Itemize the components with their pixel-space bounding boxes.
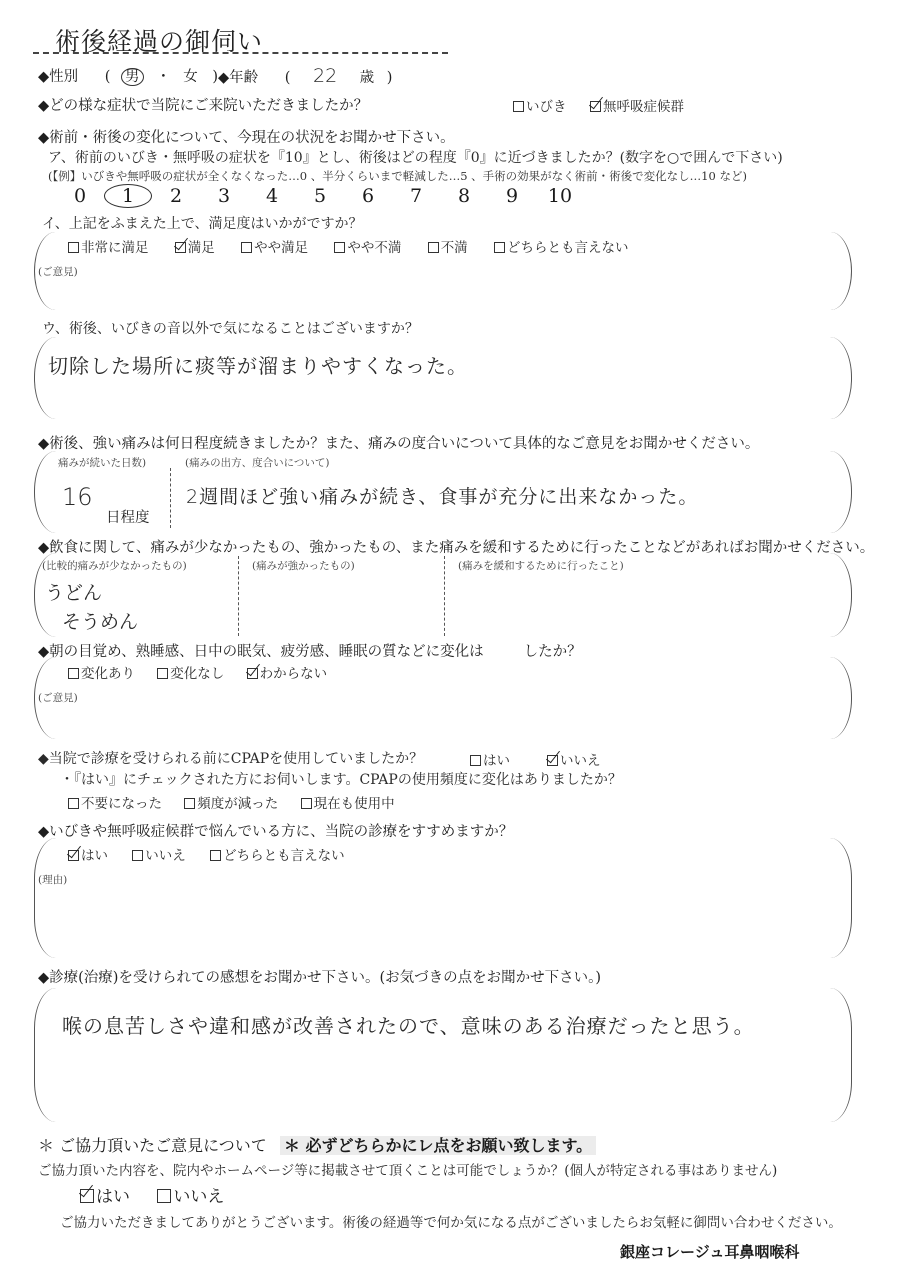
pain-detail-value[interactable]: 2週間ほど強い痛みが続き、食事が充分に出来なかった。: [186, 482, 698, 509]
change-a-question: ア、術前のいびき・無呼吸の症状を『10』とし、術後はどの程度『0』に近づきました…: [48, 147, 783, 167]
visit-reason-question: ◆どの様な症状で当院にご来院いただきましたか？: [38, 94, 368, 115]
cpap-followup-option-less-frequent[interactable]: 頻度が減った: [184, 796, 278, 812]
satisfaction-opinion-label: (ご意見): [38, 264, 78, 279]
scale-option-10[interactable]: 10: [536, 185, 584, 207]
satisfaction-option-very-satisfied[interactable]: 非常に満足: [68, 240, 149, 256]
pain-detail-label: (痛みの出方、度合いについて): [185, 455, 329, 470]
gender-option-female[interactable]: 女: [183, 69, 198, 85]
satisfaction-options: 非常に満足 満足 やや満足 やや不満 不満 どちらとも言えない: [68, 236, 628, 256]
impression-box: [34, 988, 852, 1122]
scale-option-6[interactable]: 6: [344, 185, 392, 207]
consent-heading-left: ＊ ご協力頂いたご意見について: [38, 1136, 267, 1155]
gender-row: ◆性別 ( 男 ・ 女 ): [38, 65, 218, 86]
food-less-pain-item-1[interactable]: うどん: [45, 578, 102, 605]
consent-heading: ＊ ご協力頂いたご意見について ＊ 必ずどちらかにレ点をお願い致します。: [38, 1133, 596, 1156]
satisfaction-option-dissatisfied[interactable]: 不満: [428, 240, 468, 256]
sleep-options: 変化あり 変化なし わからない: [68, 662, 327, 682]
scale-option-1[interactable]: 1: [104, 184, 152, 208]
sleep-opinion-label: (ご意見): [38, 690, 78, 705]
checkbox-icon: [301, 798, 312, 809]
recommend-option-no[interactable]: いいえ: [132, 848, 186, 864]
food-relief-label: (痛みを緩和するために行ったこと): [458, 558, 624, 573]
scale-option-8[interactable]: 8: [440, 185, 488, 207]
scale-option-3[interactable]: 3: [200, 185, 248, 207]
food-strong-pain-label: (痛みが強かったもの): [252, 558, 355, 573]
checkbox-icon: [68, 668, 79, 679]
checkbox-icon: [494, 242, 505, 253]
satisfaction-option-neither[interactable]: どちらとも言えない: [494, 240, 629, 256]
cpap-followup-question: ・『はい』にチェックされた方にお伺いします。CPAPの使用頻度に変化はありました…: [60, 769, 622, 789]
other-concerns-question: ウ、術後、いびきの音以外で気になることはございますか？: [42, 318, 419, 338]
age-value[interactable]: 22: [313, 65, 355, 87]
gender-separator: ・: [156, 69, 171, 85]
checkbox-checked-icon: [590, 101, 601, 112]
scale-option-9[interactable]: 9: [488, 185, 536, 207]
pain-days-unit: 日程度: [106, 506, 150, 527]
title-divider: [33, 52, 448, 54]
visit-reason-option-apnea[interactable]: 無呼吸症候群: [590, 95, 684, 115]
food-less-pain-item-2[interactable]: そうめん: [62, 607, 138, 634]
pain-days-value[interactable]: 16: [62, 483, 93, 511]
pain-question: ◆術後、強い痛みは何日程度続きましたか？また、痛みの度合いについて具体的なご意見…: [38, 432, 759, 453]
cpap-followup-option-not-needed[interactable]: 不要になった: [68, 796, 162, 812]
other-concerns-answer[interactable]: 切除した場所に痰等が溜まりやすくなった。: [48, 350, 468, 379]
food-less-pain-label: (比較的痛みが少なかったもの): [42, 558, 187, 573]
consent-question: ご協力頂いた内容を、院内やホームページ等に掲載させて頂くことは可能でしょうか？(…: [38, 1159, 777, 1179]
visit-reason-option-snoring[interactable]: いびき: [513, 95, 567, 115]
age-unit: 歳: [360, 70, 375, 86]
checkbox-checked-icon: [547, 755, 558, 766]
clinic-name: 銀座コレージュ耳鼻咽喉科: [620, 1241, 799, 1262]
scale-option-0[interactable]: 0: [56, 185, 104, 207]
checkbox-icon: [68, 798, 79, 809]
checkbox-icon: [157, 668, 168, 679]
consent-option-no[interactable]: いいえ: [157, 1187, 224, 1207]
checkbox-icon: [470, 755, 481, 766]
cpap-followup-option-still-using[interactable]: 現在も使用中: [301, 796, 395, 812]
impression-answer[interactable]: 喉の息苦しさや違和感が改善されたので、意味のある治療だったと思う。: [62, 1010, 755, 1039]
checkbox-icon: [241, 242, 252, 253]
recommend-option-neither[interactable]: どちらとも言えない: [210, 848, 345, 864]
cpap-option-yes[interactable]: はい: [470, 749, 510, 769]
change-a-example: (【例】いびきや無呼吸の症状が全くなくなった…0 、半分くらいまで軽減した…5 …: [48, 168, 747, 184]
sleep-option-changed[interactable]: 変化あり: [68, 666, 135, 682]
improvement-scale: 012345678910: [56, 184, 584, 208]
checkbox-icon: [513, 101, 524, 112]
cpap-question: ◆当院で診療を受けられる前にCPAPを使用していましたか？: [38, 748, 423, 768]
checkbox-checked-icon: [247, 668, 258, 679]
checkbox-icon: [184, 798, 195, 809]
gender-option-male[interactable]: 男: [121, 68, 144, 86]
checkbox-icon: [334, 242, 345, 253]
checkbox-icon: [157, 1189, 171, 1203]
consent-option-yes[interactable]: はい: [80, 1187, 130, 1207]
consent-heading-required: ＊ 必ずどちらかにレ点をお願い致します。: [280, 1136, 596, 1155]
pain-days-label: 痛みが続いた日数): [58, 455, 146, 470]
scale-option-4[interactable]: 4: [248, 185, 296, 207]
age-row: ◆年齢 ( 22 歳 ): [218, 65, 392, 87]
checkbox-icon: [132, 850, 143, 861]
satisfaction-option-satisfied[interactable]: 満足: [175, 240, 215, 256]
checkbox-checked-icon: [68, 850, 79, 861]
checkbox-icon: [428, 242, 439, 253]
sleep-option-unknown[interactable]: わからない: [247, 666, 328, 682]
recommend-options: はい いいえ どちらとも言えない: [68, 844, 345, 864]
change-question: ◆術前・術後の変化について、今現在の状況をお聞かせ下さい。: [38, 126, 455, 147]
food-column-divider-1: [238, 556, 239, 636]
satisfaction-option-somewhat-dissatisfied[interactable]: やや不満: [334, 240, 401, 256]
checkbox-icon: [210, 850, 221, 861]
impression-question: ◆診療(治療)を受けられての感想をお聞かせ下さい。(お気づきの点をお聞かせ下さい…: [38, 966, 601, 987]
cpap-option-no[interactable]: いいえ: [547, 749, 601, 769]
age-label: ◆年齢: [218, 70, 258, 86]
consent-options: はい いいえ: [80, 1182, 224, 1207]
checkbox-checked-icon: [175, 242, 186, 253]
recommend-option-yes[interactable]: はい: [68, 848, 108, 864]
satisfaction-option-somewhat-satisfied[interactable]: やや満足: [241, 240, 308, 256]
sleep-option-no-change[interactable]: 変化なし: [157, 666, 224, 682]
checkbox-checked-icon: [80, 1189, 94, 1203]
gender-label: ◆性別: [38, 69, 78, 85]
scale-option-5[interactable]: 5: [296, 185, 344, 207]
scale-option-2[interactable]: 2: [152, 185, 200, 207]
checkbox-icon: [68, 242, 79, 253]
cpap-followup-options: 不要になった 頻度が減った 現在も使用中: [68, 792, 395, 812]
thanks-message: ご協力いただきましてありがとうございます。術後の経過等で何か気になる点がございま…: [60, 1211, 842, 1231]
scale-option-7[interactable]: 7: [392, 185, 440, 207]
recommend-reason-label: (理由): [38, 872, 67, 887]
food-column-divider-2: [444, 556, 445, 636]
satisfaction-question: イ、上記をふまえた上で、満足度はいかがですか？: [42, 213, 362, 233]
pain-column-divider: [170, 468, 171, 528]
